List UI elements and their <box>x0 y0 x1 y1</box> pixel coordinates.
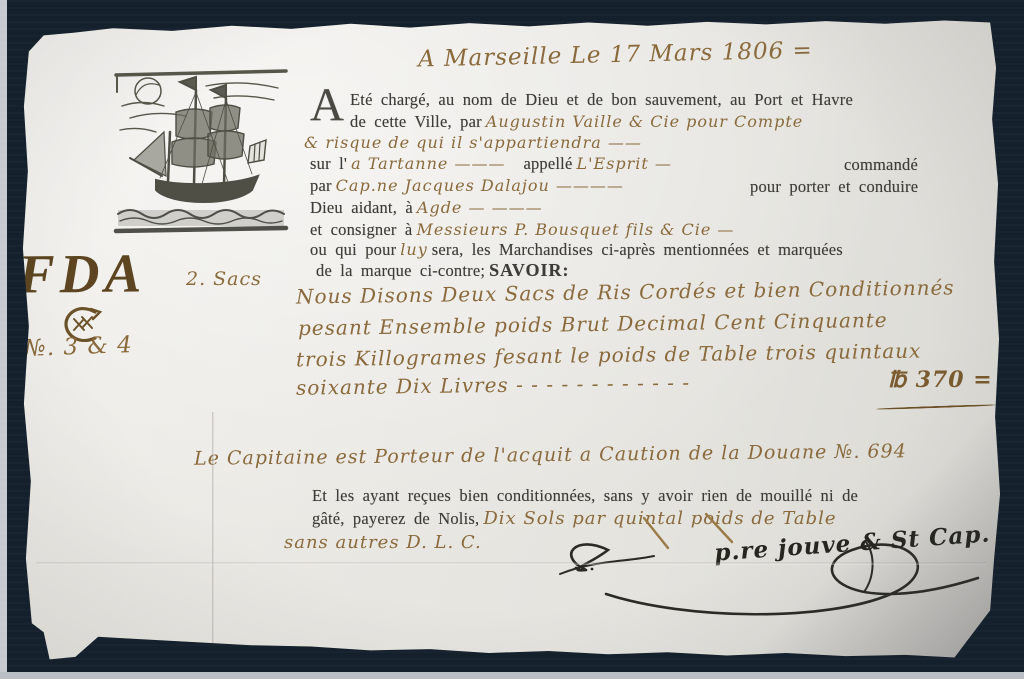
amount-underline <box>876 404 996 410</box>
lading-line-5: par Cap.ne Jacques Dalajou ———— <box>310 176 624 196</box>
printed-text-commande: commandé <box>844 155 918 175</box>
pronoun-insert: luy <box>400 240 427 259</box>
printed-text: de cette Ville, par <box>350 112 482 131</box>
dateline: A Marseille Le 17 Mars 1806 = <box>418 38 813 73</box>
bill-of-lading-sheet: A Marseille Le 17 Mars 1806 = <box>14 16 1004 662</box>
closing-line-1: Et les ayant reçues bien conditionnées, … <box>312 486 858 506</box>
savoir-heading: SAVOIR: <box>489 260 569 280</box>
printed-text: ou qui pour <box>310 240 396 259</box>
weight-amount: ℔ 370 = <box>888 367 993 393</box>
lading-line-7: et consigner à Messieurs P. Bousquet fil… <box>310 220 734 240</box>
printed-text: sera, les Marchandises ci-après mentionn… <box>432 240 843 259</box>
printed-text: Dieu aidant, à <box>310 198 413 217</box>
fold-crease-horizontal <box>36 562 986 565</box>
printed-text: de la marque ci-contre; <box>316 261 485 280</box>
consignee-name: Messieurs P. Bousquet fils & Cie — <box>416 220 734 239</box>
lading-line-9: de la marque ci-contre; SAVOIR: <box>316 260 569 281</box>
lading-line-6: Dieu aidant, à Agde — ——— <box>310 198 543 218</box>
lading-line-1: Eté chargé, au nom de Dieu et de bon sau… <box>350 90 853 110</box>
printed-text-conduire: pour porter et conduire <box>750 177 918 197</box>
closing-line-3: sans autres D. L. C. <box>284 532 482 553</box>
cargo-line: soixante Dix Livres - - - - - - - - - - … <box>296 370 690 400</box>
bale-numbers: №. 3 & 4 <box>24 332 134 362</box>
shipper-name: Augustin Vaille & Cie pour Compte <box>486 112 803 131</box>
lading-line-4: sur l' a Tartanne ——— appellé L'Esprit — <box>310 154 672 174</box>
destination-port: Agde — ——— <box>417 198 543 217</box>
vessel-type: a Tartanne ——— <box>351 154 505 173</box>
printed-text: par <box>310 176 332 195</box>
cargo-line: pesant Ensemble poids Brut Decimal Cent … <box>298 308 888 340</box>
merchant-mark-initials: FDA <box>18 241 147 305</box>
printed-text: gâté, payerez de Nolis, <box>312 509 479 528</box>
drop-cap: A <box>310 82 344 129</box>
captain-name: Cap.ne Jacques Dalajou ———— <box>336 176 624 195</box>
printed-text: et consigner à <box>310 220 412 239</box>
tally-count: 2. Sacs <box>186 268 262 290</box>
vessel-name: L'Esprit — <box>576 154 671 173</box>
risk-clause: & risque de qui il s'appartiendra —— <box>304 133 642 152</box>
fold-crease-vertical <box>212 412 215 662</box>
printed-text: appellé <box>523 154 572 173</box>
lading-line-2: de cette Ville, par Augustin Vaille & Ci… <box>350 112 803 132</box>
printed-text: sur l' <box>310 154 347 173</box>
cargo-line: trois Killogrames fesant le poids de Tab… <box>296 339 922 372</box>
lading-line-8: ou qui pour luy sera, les Marchandises c… <box>310 240 843 260</box>
ship-engraving-icon <box>110 64 292 238</box>
customs-note: Le Capitaine est Porteur de l'acquit a C… <box>194 440 907 469</box>
